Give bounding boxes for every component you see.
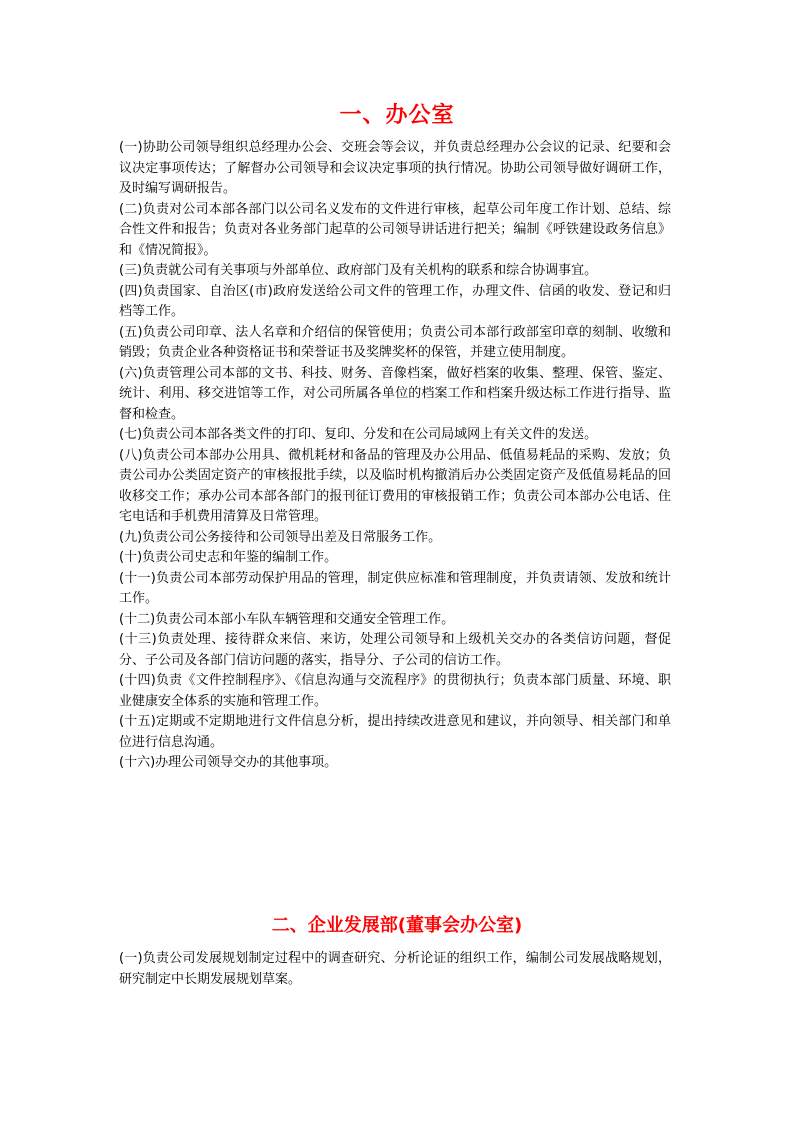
office-item-4: (四)负责国家、自治区(市)政府发送给公司文件的管理工作，办理文件、信函的收发、…: [119, 282, 671, 323]
document-page: 一、办公室 (一)协助公司领导组织总经理办公会、交班会等会议，并负责总经理办公会…: [0, 0, 794, 1123]
office-item-6: (六)负责管理公司本部的文书、科技、财务、音像档案，做好档案的收集、整理、保管、…: [119, 364, 671, 426]
office-item-13: (十三)负责处理、接待群众来信、来访，处理公司领导和上级机关交办的各类信访问题，…: [119, 630, 671, 671]
section-title-office: 一、办公室: [0, 102, 794, 130]
office-item-9: (九)负责公司公务接待和公司领导出差及日常服务工作。: [119, 528, 671, 549]
office-item-12: (十二)负责公司本部小车队车辆管理和交通安全管理工作。: [119, 610, 671, 631]
section-title-enterprise-development: 二、企业发展部(董事会办公室): [0, 913, 794, 939]
office-item-10: (十)负责公司史志和年鉴的编制工作。: [119, 548, 671, 569]
office-item-2: (二)负责对公司本部各部门以公司名义发布的文件进行审核，起草公司年度工作计划、总…: [119, 200, 671, 262]
office-item-8: (八)负责公司本部办公用具、微机耗材和备品的管理及办公用品、低值易耗品的采购、发…: [119, 446, 671, 528]
office-item-7: (七)负责公司本部各类文件的打印、复印、分发和在公司局域网上有关文件的发送。: [119, 425, 671, 446]
enterprise-development-item-1: (一)负责公司发展规划制定过程中的调查研究、分析论证的组织工作，编制公司发展战略…: [119, 949, 671, 990]
office-item-3: (三)负责就公司有关事项与外部单位、政府部门及有关机构的联系和综合协调事宜。: [119, 261, 671, 282]
office-item-5: (五)负责公司印章、法人名章和介绍信的保管使用；负责公司本部行政部室印章的刻制、…: [119, 323, 671, 364]
office-item-1: (一)协助公司领导组织总经理办公会、交班会等会议，并负责总经理办公会议的记录、纪…: [119, 138, 671, 200]
section-office-content: (一)协助公司领导组织总经理办公会、交班会等会议，并负责总经理办公会议的记录、纪…: [119, 138, 671, 774]
section-enterprise-development-content: (一)负责公司发展规划制定过程中的调查研究、分析论证的组织工作，编制公司发展战略…: [119, 949, 671, 990]
office-item-11: (十一)负责公司本部劳动保护用品的管理，制定供应标准和管理制度，并负责请领、发放…: [119, 569, 671, 610]
office-item-16: (十六)办理公司领导交办的其他事项。: [119, 753, 671, 774]
office-item-14: (十四)负责《文件控制程序》、《信息沟通与交流程序》的贯彻执行；负责本部门质量、…: [119, 671, 671, 712]
office-item-15: (十五)定期或不定期地进行文件信息分析，提出持续改进意见和建议，并向领导、相关部…: [119, 712, 671, 753]
